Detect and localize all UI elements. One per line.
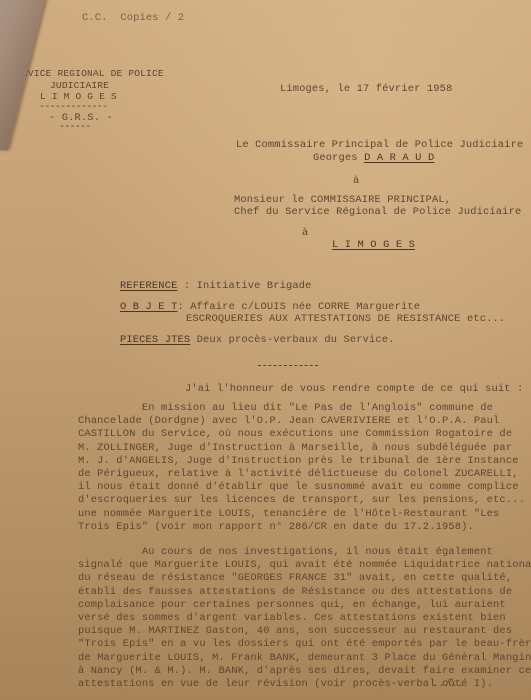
object-subject: ESCROQUERIES AUX ATTESTATIONS DE RESISTA… [186,313,505,325]
from-name-line: Georges D A R A U D [313,152,434,164]
paragraph-line: signalé que Marguerite LOUIS, qui avait … [78,559,518,572]
recipient-service: Chef du Service Régional de Police Judic… [234,206,521,218]
paragraph-line: de Marguerite LOUIS, M. Frank BANK, deme… [78,652,518,665]
from-title: Le Commissaire Principal de Police Judic… [236,139,523,151]
to-marker: à [353,175,359,187]
reference-line: REFERENCE : Initiative Brigade [120,280,312,292]
copies-note: C.C. Copies / 2 [82,12,184,24]
reference-value: : Initiative Brigade [184,280,312,292]
paragraph-line: il nous était donné d'établir que le sus… [78,481,518,494]
attachments-line: PIECES JTES Deux procès-verbaux du Servi… [120,334,395,346]
paragraph-line: à Nancy (M. & M.). M. BANK, d'après ses … [78,665,518,678]
paragraph-line: Trois Epis" (voir mon rapport n° 286/CR … [78,521,518,534]
paragraph-line: "Trois Epis" en a vu les dossiers qui on… [78,638,518,651]
paragraph-line: M. ZOLLINGER, Juge d'Instruction à Marse… [78,442,518,455]
to-marker-2: à [302,227,308,239]
paragraph-line: de Périgueux, relative à l'activité déli… [78,468,518,481]
paragraph-line: CASTILLON du Service, où nous exécutions… [78,428,518,441]
sender-line-judiciaire: JUDICIAIRE [50,80,109,91]
continuation-mark: ../.. [432,678,464,690]
paragraph-line: complaisance pour certaines personnes qu… [78,599,518,612]
paragraph-2: Au cours de nos investigations, il nous … [78,546,518,691]
object-label: O B J E T [120,301,177,313]
object-line: O B J E T: Affaire c/LOUIS née CORRE Mar… [120,301,420,313]
place-date: Limoges, le 17 février 1958 [280,83,452,95]
paragraph-line: versé des sommes d'argent variables. Ces… [78,612,518,625]
object-value: : Affaire c/LOUIS née CORRE Marguerite [177,301,420,313]
sender-rule-short: ------ [59,121,90,133]
paragraph-line: M. J. d'ANGELIS, Juge d'Instruction près… [78,455,518,468]
recipient-city: L I M O G E S [332,239,415,251]
paragraph-1: En mission au lieu dit "Le Pas de l'Angl… [78,402,518,534]
attachments-label: PIECES JTES [120,334,190,346]
recipient-title: Monsieur le COMMISSAIRE PRINCIPAL, [234,194,451,206]
paragraph-line: En mission au lieu dit "Le Pas de l'Angl… [78,402,518,415]
document-page: C.C. Copies / 2 RVICE REGIONAL DE POLICE… [0,0,531,700]
paragraph-line: puisque M. MARTINEZ Gaston, 40 ans, son … [78,625,518,638]
from-surname: D A R A U D [364,152,434,164]
from-first-name: Georges [313,152,364,164]
sender-line-service: RVICE REGIONAL DE POLICE [22,68,164,79]
reference-label: REFERENCE [120,280,177,292]
paragraph-line: d'escroqueries sur les licences de trans… [78,494,518,507]
paragraph-line: établi des fausses attestations de Résis… [78,586,518,599]
attachments-value: Deux procès-verbaux du Service. [190,334,394,346]
paragraph-line: Au cours de nos investigations, il nous … [78,546,518,559]
salutation: J'ai l'honneur de vous rendre compte de … [185,383,523,395]
paragraph-line: une nommée Marguerite LOUIS, tenancière … [78,508,518,521]
paragraph-line: du réseau de résistance "GEORGES FRANCE … [78,572,518,585]
paragraph-line: Chancelade (Dordgne) avec l'O.P. Jean CA… [78,415,518,428]
section-separator [258,365,318,366]
